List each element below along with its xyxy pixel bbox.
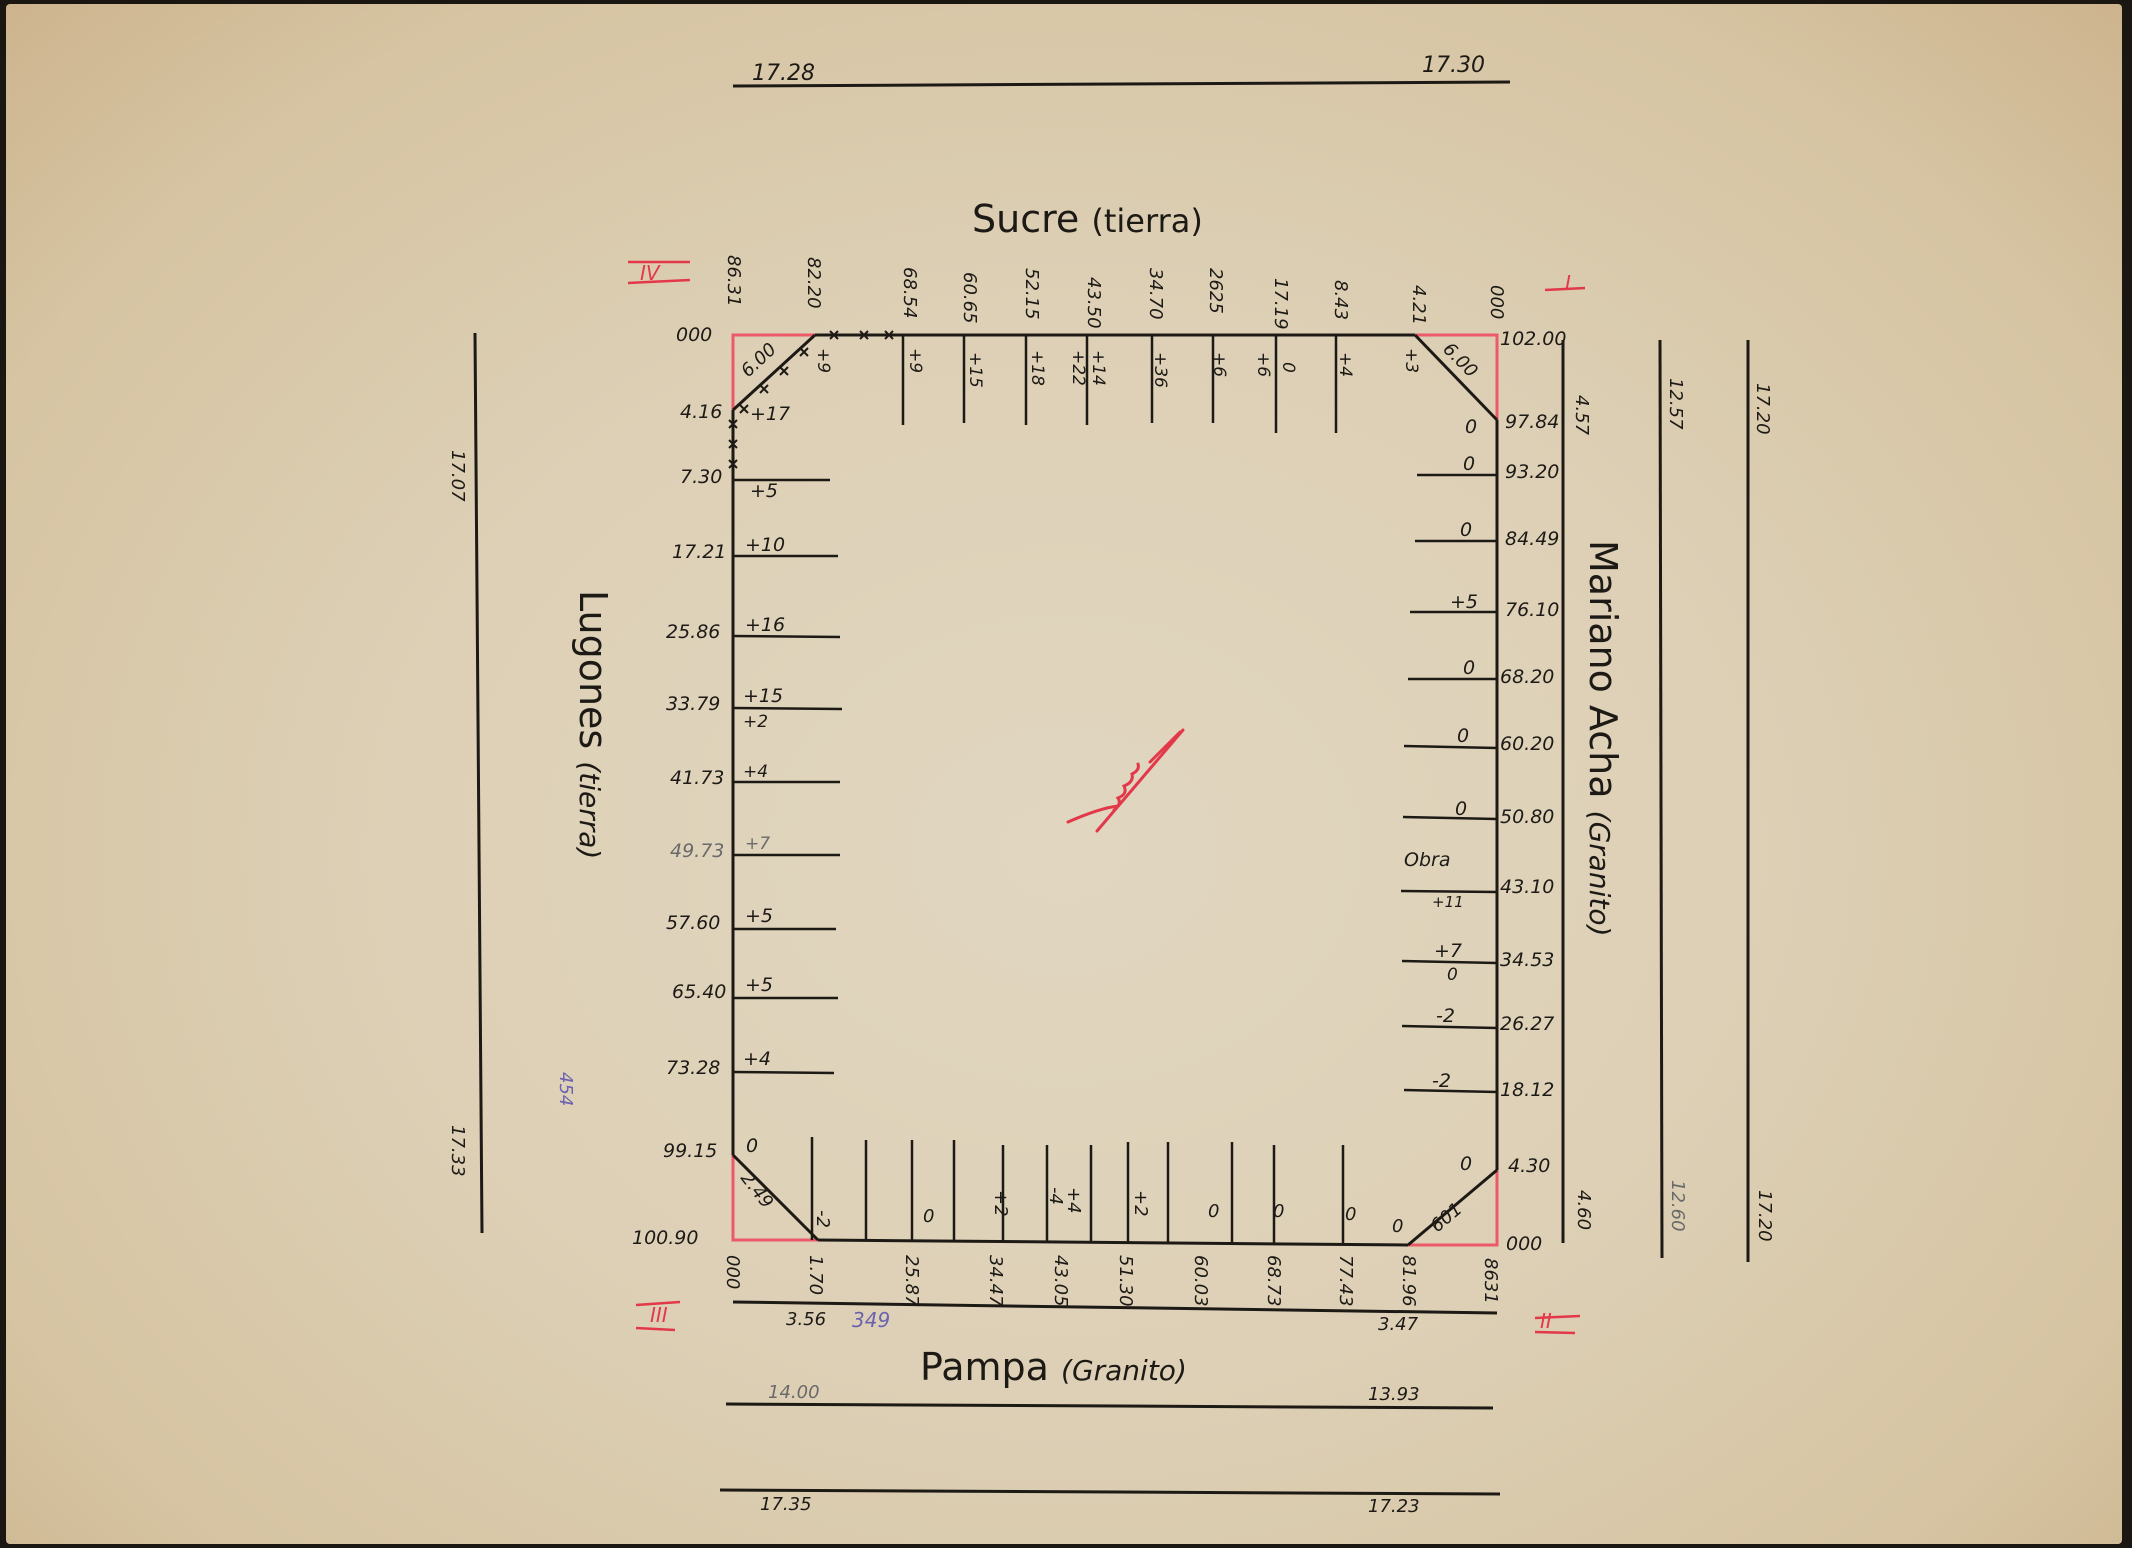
svg-text:4.57: 4.57: [1571, 395, 1592, 436]
svg-text:73.28: 73.28: [666, 1057, 720, 1079]
svg-text:0: 0: [923, 1206, 934, 1227]
acha-mid-line: [1660, 340, 1662, 1258]
svg-text:+2: +2: [743, 712, 768, 732]
svg-text:0: 0: [1208, 1201, 1219, 1222]
svg-text:18.12: 18.12: [1500, 1079, 1554, 1101]
scanned-plan-sheet: Sucre (tierra) Pampa (Granito) Lugones (…: [0, 0, 2132, 1548]
svg-text:+9: +9: [905, 348, 925, 373]
svg-text:000: 000: [676, 324, 712, 346]
svg-text:0: 0: [1460, 519, 1472, 541]
svg-text:34.70: 34.70: [1145, 268, 1166, 320]
svg-text:0: 0: [1463, 453, 1475, 475]
svg-text:0: 0: [1463, 657, 1475, 679]
svg-text:+5: +5: [745, 905, 773, 927]
svg-text:+4: +4: [743, 762, 768, 782]
survey-drawing: Sucre (tierra) Pampa (Granito) Lugones (…: [0, 0, 2132, 1548]
red-signature-mark: [1068, 730, 1183, 831]
svg-text:+4: +4: [743, 1048, 771, 1070]
svg-text:4.21: 4.21: [1408, 285, 1429, 325]
svg-text:17.33: 17.33: [447, 1125, 468, 1177]
svg-text:7.30: 7.30: [680, 466, 722, 488]
outer-street-lines: [475, 82, 1748, 1494]
svg-text:17.07: 17.07: [447, 450, 468, 502]
svg-text:+5: +5: [1450, 591, 1478, 613]
svg-text:8.43: 8.43: [1330, 280, 1351, 320]
blue-pencil-note-left: 454: [555, 1072, 576, 1106]
svg-text:-2: -2: [1436, 1005, 1455, 1027]
svg-text:0: 0: [1345, 1204, 1356, 1225]
svg-text:68.73: 68.73: [1263, 1255, 1284, 1307]
red-corner-lines: [733, 335, 1497, 1245]
svg-text:+2: +2: [990, 1190, 1011, 1217]
svg-text:+11: +11: [1432, 893, 1464, 911]
svg-text:+6: +6: [1209, 352, 1229, 377]
svg-text:-4: -4: [1045, 1187, 1066, 1205]
svg-text:41.73: 41.73: [670, 767, 724, 789]
svg-text:86.31: 86.31: [723, 255, 744, 307]
svg-text:43.10: 43.10: [1500, 876, 1554, 898]
svg-text:76.10: 76.10: [1505, 599, 1559, 621]
svg-text:3.56: 3.56: [786, 1309, 826, 1330]
svg-text:0: 0: [1455, 798, 1467, 820]
svg-text:000: 000: [722, 1255, 743, 1289]
svg-text:+36: +36: [1150, 352, 1170, 388]
bottom-side-stations: 000 1.70 25.87 34.47 43.05 51.30 60.03 6…: [722, 1255, 1501, 1307]
svg-text:17.21: 17.21: [672, 541, 726, 563]
svg-text:33.79: 33.79: [666, 693, 720, 715]
svg-text:17.19: 17.19: [1270, 278, 1291, 330]
street-name-pampa: Pampa (Granito): [920, 1345, 1187, 1389]
svg-text:12.60: 12.60: [1667, 1180, 1688, 1232]
svg-text:43.50: 43.50: [1083, 277, 1104, 329]
corner-label-ii: II: [1540, 1309, 1552, 1333]
svg-text:17.23: 17.23: [1368, 1496, 1420, 1517]
svg-text:+10: +10: [745, 534, 785, 556]
svg-text:17.30: 17.30: [1422, 53, 1485, 78]
svg-text:+7: +7: [745, 834, 770, 854]
svg-text:14.00: 14.00: [768, 1382, 820, 1403]
svg-text:0: 0: [1447, 965, 1458, 985]
svg-text:+2: +2: [1130, 1190, 1151, 1217]
svg-text:4.30: 4.30: [1508, 1155, 1550, 1177]
svg-text:601: 601: [1427, 1199, 1467, 1237]
svg-text:-2: -2: [812, 1210, 833, 1228]
svg-text:25.86: 25.86: [666, 621, 720, 643]
svg-text:57.60: 57.60: [666, 912, 720, 934]
svg-text:+15: +15: [743, 685, 783, 707]
svg-text:1.70: 1.70: [805, 1255, 826, 1295]
svg-text:13.93: 13.93: [1368, 1384, 1420, 1405]
bottom-side-offsets: -2 0 +2 -4 +4 +2 0 0 0 0: [812, 1187, 1403, 1237]
svg-text:0: 0: [1392, 1216, 1403, 1237]
street-name-mariano-acha: Mariano Acha (Granito): [1581, 540, 1625, 937]
corner-label-i: I: [1565, 271, 1571, 295]
svg-text:12.57: 12.57: [1665, 378, 1686, 430]
svg-text:+9: +9: [813, 348, 833, 373]
street-name-sucre: Sucre (tierra): [972, 197, 1203, 241]
svg-text:6.00: 6.00: [1438, 339, 1481, 382]
svg-text:000: 000: [1486, 285, 1507, 319]
svg-text:+14: +14: [1088, 350, 1108, 386]
svg-text:77.43: 77.43: [1335, 1255, 1356, 1307]
svg-text:26.27: 26.27: [1500, 1013, 1554, 1035]
svg-text:000: 000: [1506, 1233, 1542, 1255]
svg-text:99.15: 99.15: [663, 1140, 717, 1162]
svg-text:4.16: 4.16: [680, 401, 722, 423]
svg-text:+5: +5: [750, 480, 778, 502]
svg-text:0: 0: [746, 1135, 758, 1157]
svg-text:+7: +7: [1434, 940, 1462, 962]
svg-text:+4: +4: [1335, 352, 1355, 377]
svg-text:+18: +18: [1027, 350, 1047, 386]
svg-text:81.96: 81.96: [1398, 1255, 1419, 1307]
svg-text:43.05: 43.05: [1050, 1255, 1071, 1307]
svg-text:+22: +22: [1068, 350, 1088, 386]
svg-text:68.54: 68.54: [899, 267, 920, 319]
svg-text:3.47: 3.47: [1378, 1314, 1419, 1335]
svg-text:60.65: 60.65: [959, 272, 980, 324]
svg-text:65.40: 65.40: [672, 981, 726, 1003]
svg-text:0: 0: [1273, 1201, 1284, 1222]
svg-text:0: 0: [1465, 416, 1477, 438]
svg-text:34.53: 34.53: [1500, 949, 1554, 971]
right-side-ticks: [1401, 475, 1497, 1092]
svg-text:49.73: 49.73: [670, 840, 724, 862]
svg-text:17.28: 17.28: [752, 61, 815, 86]
pampa-curb-line: [733, 1302, 1497, 1313]
right-side-values: 97.84 0 93.20 0 84.49 0 76.10 +5 68.20 0…: [1404, 411, 1559, 1177]
svg-text:+17: +17: [750, 403, 790, 425]
svg-text:25.87: 25.87: [901, 1255, 922, 1307]
svg-text:97.84: 97.84: [1505, 411, 1559, 433]
pampa-outer-line: [720, 1490, 1500, 1494]
corner-values: 000 102.00 000 100.90 6.00 6.00 601 2.49: [632, 324, 1566, 1255]
svg-text:2625: 2625: [1205, 268, 1226, 314]
svg-text:2.49: 2.49: [736, 1168, 777, 1213]
svg-text:34.47: 34.47: [985, 1255, 1006, 1307]
svg-text:-2: -2: [1432, 1070, 1451, 1092]
svg-text:84.49: 84.49: [1505, 528, 1559, 550]
svg-text:100.90: 100.90: [632, 1227, 698, 1249]
svg-text:+6: +6: [1253, 352, 1273, 377]
svg-text:52.15: 52.15: [1021, 268, 1042, 320]
svg-text:8631: 8631: [1480, 1258, 1501, 1304]
svg-text:0: 0: [1460, 1153, 1472, 1175]
svg-text:0: 0: [1457, 725, 1469, 747]
top-side-stations: 86.31 82.20 68.54 60.65 52.15 43.50 34.7…: [723, 255, 1507, 330]
svg-text:+5: +5: [745, 974, 773, 996]
lugones-outer-line: [475, 333, 482, 1233]
svg-text:82.20: 82.20: [803, 257, 824, 309]
corner-label-iii: III: [650, 1303, 668, 1327]
obra-note: Obra: [1404, 849, 1450, 871]
svg-text:51.30: 51.30: [1115, 1255, 1136, 1307]
blue-pencil-note: 349: [852, 1308, 890, 1332]
street-name-lugones: Lugones (tierra): [571, 590, 615, 859]
svg-text:17.20: 17.20: [1752, 383, 1773, 435]
svg-text:102.00: 102.00: [1500, 328, 1566, 350]
svg-text:17.35: 17.35: [760, 1494, 812, 1515]
svg-text:17.20: 17.20: [1754, 1190, 1775, 1242]
svg-text:50.80: 50.80: [1500, 806, 1554, 828]
svg-text:6.00: 6.00: [737, 339, 781, 382]
svg-text:+4: +4: [1063, 1187, 1084, 1214]
block-outline: [733, 335, 1497, 1245]
svg-text:+3: +3: [1401, 348, 1421, 373]
svg-text:+15: +15: [965, 352, 985, 388]
svg-text:93.20: 93.20: [1505, 461, 1559, 483]
svg-text:4.60: 4.60: [1573, 1190, 1594, 1230]
sucre-outer-line: [733, 82, 1510, 86]
svg-text:60.20: 60.20: [1500, 733, 1554, 755]
svg-text:68.20: 68.20: [1500, 666, 1554, 688]
svg-text:60.03: 60.03: [1190, 1255, 1211, 1307]
svg-text:+16: +16: [745, 614, 785, 636]
svg-text:0: 0: [1278, 362, 1298, 373]
